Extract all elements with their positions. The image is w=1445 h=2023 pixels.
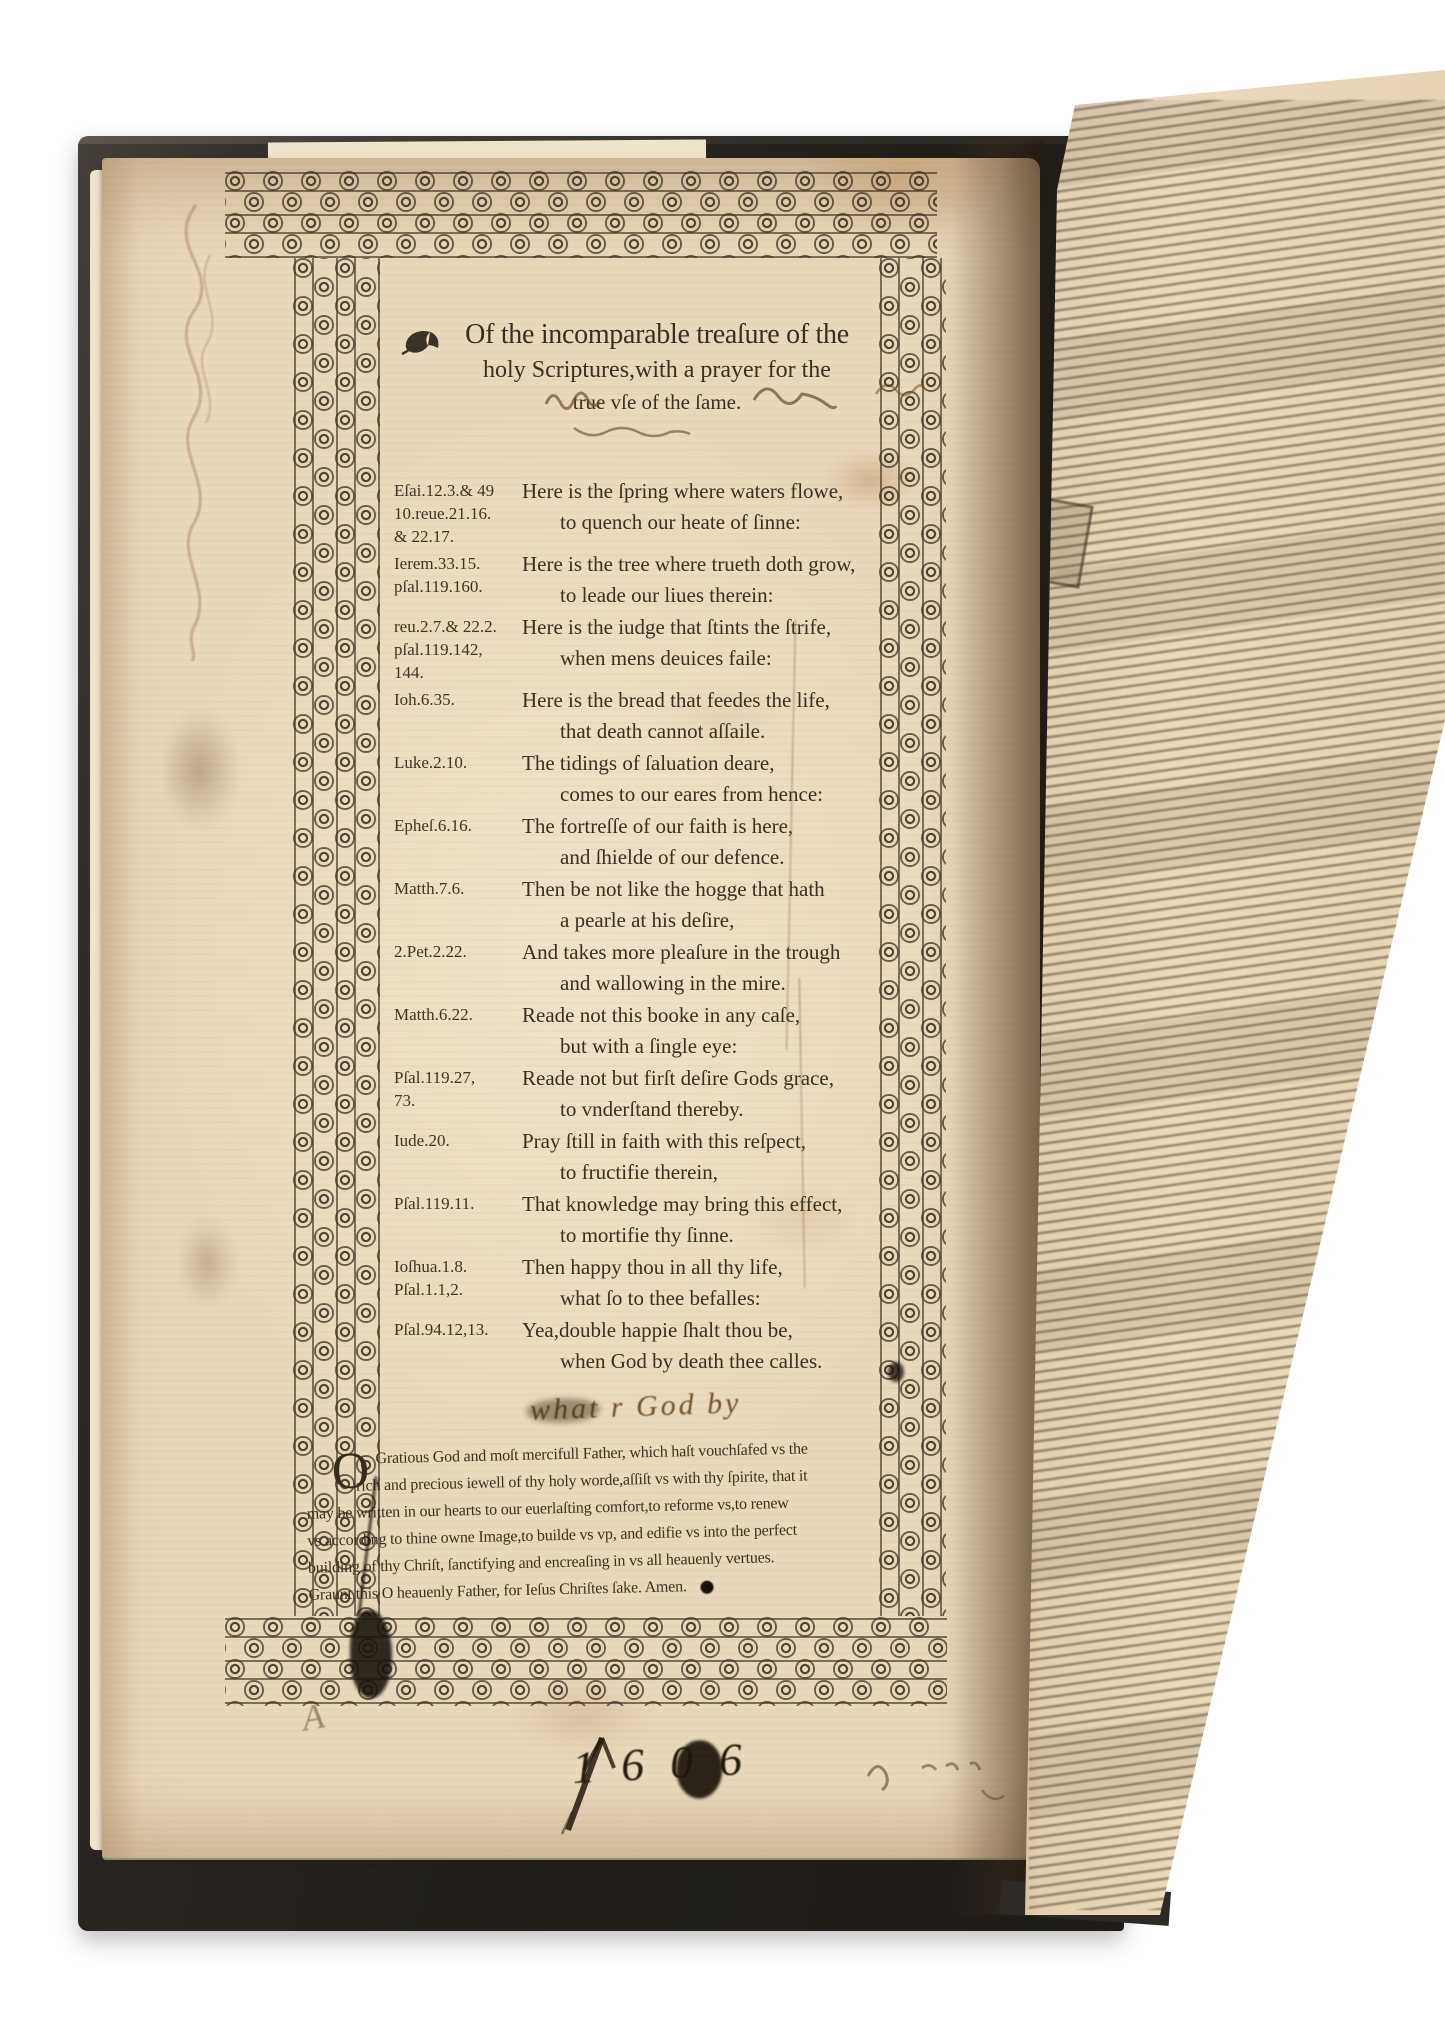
- margin-reference: 144.: [394, 661, 522, 684]
- margin-references: Pſal.94.12,13.: [394, 1315, 522, 1377]
- poem-couplet-lines: Then happy thou in all thy life, what ſo…: [522, 1252, 910, 1314]
- margin-reference: 73.: [394, 1089, 522, 1112]
- poem-line: Here is the tree where trueth doth grow,: [522, 549, 910, 580]
- margin-reference: Epheſ.6.16.: [394, 814, 522, 837]
- poem-couplet-lines: That knowledge may bring this effect, to…: [522, 1189, 910, 1251]
- margin-references: reu.2.7.& 22.2.pſal.119.142,144.: [394, 612, 522, 684]
- handwritten-annotation: what r God by: [529, 1386, 742, 1427]
- poem-line: Reade not but firſt deſire Gods grace,: [522, 1063, 910, 1094]
- margin-reference: Pſal.94.12,13.: [394, 1318, 522, 1341]
- margin-references: Luke.2.10.: [394, 748, 522, 810]
- poem-couplet: Iude.20. Pray ſtill in faith with this r…: [394, 1126, 910, 1188]
- title-line-3: true vſe of the ſame.: [392, 387, 922, 417]
- margin-reference: Pſal.119.11.: [394, 1192, 522, 1215]
- margin-references: Pſal.119.27,73.: [394, 1063, 522, 1125]
- page-title: Of the incomparable treaſure of the holy…: [392, 316, 922, 417]
- ink-blot: [888, 1362, 904, 1382]
- poem-couplet: Eſai.12.3.& 4910.reue.21.16.& 22.17. Her…: [394, 476, 910, 548]
- poem-line: and wallowing in the mire.: [522, 968, 910, 999]
- poem-couplet: Pſal.119.11. That knowledge may bring th…: [394, 1189, 910, 1251]
- left-page: Of the incomparable treaſure of the holy…: [102, 158, 1040, 1858]
- margin-references: Ioſhua.1.8.Pſal.1.1,2.: [394, 1252, 522, 1314]
- book-photograph: Of the incomparable treaſure of the holy…: [0, 0, 1445, 2023]
- poem-couplet-lines: Yea,double happie ſhalt thou be, when Go…: [522, 1315, 910, 1377]
- poem-line: That knowledge may bring this effect,: [522, 1189, 910, 1220]
- margin-references: Pſal.119.11.: [394, 1189, 522, 1251]
- poem-couplet-lines: Reade not but firſt deſire Gods grace, t…: [522, 1063, 910, 1125]
- margin-reference: Ioſhua.1.8.: [394, 1255, 522, 1278]
- prayer: O Gratious God and moſt mercifull Father…: [305, 1433, 909, 1609]
- poem-line: to quench our heate of ſinne:: [522, 507, 910, 538]
- poem-couplet: Pſal.94.12,13. Yea,double happie ſhalt t…: [394, 1315, 910, 1377]
- poem: Eſai.12.3.& 4910.reue.21.16.& 22.17. Her…: [394, 476, 910, 1378]
- margin-reference: pſal.119.142,: [394, 638, 522, 661]
- woodcut-border-left: [292, 258, 380, 1616]
- date-text: 1606: [571, 1732, 769, 1793]
- poem-line: Reade not this booke in any caſe,: [522, 1000, 910, 1031]
- poem-line: what ſo to thee befalles:: [522, 1283, 910, 1314]
- margin-reference: & 22.17.: [394, 525, 522, 548]
- pen-squiggle-icon: [750, 380, 840, 416]
- ink-splotch: [350, 1610, 392, 1698]
- margin-reference: 10.reue.21.16.: [394, 502, 522, 525]
- poem-line: Here is the bread that feedes the life,: [522, 685, 910, 716]
- poem-couplet: Matth.6.22. Reade not this booke in any …: [394, 1000, 910, 1062]
- poem-line: Here is the iudge that ſtints the ſtrife…: [522, 612, 910, 643]
- margin-reference: Luke.2.10.: [394, 751, 522, 774]
- margin-reference: Ioh.6.35.: [394, 688, 522, 711]
- ink-blot: [701, 1580, 714, 1593]
- woodcut-border-top: [225, 170, 937, 258]
- margin-reference: Eſai.12.3.& 49: [394, 479, 522, 502]
- poem-line: And takes more pleaſure in the trough: [522, 937, 910, 968]
- poem-couplet-lines: Here is the ſpring where waters flowe, t…: [522, 476, 910, 548]
- poem-line: Then happy thou in all thy life,: [522, 1252, 910, 1283]
- margin-references: Eſai.12.3.& 4910.reue.21.16.& 22.17.: [394, 476, 522, 548]
- prayer-lines: Gratious God and moſt mercifull Father, …: [305, 1433, 909, 1609]
- pen-underline-squiggle-icon: [572, 420, 692, 444]
- poem-couplet-lines: Reade not this booke in any caſe, but wi…: [522, 1000, 910, 1062]
- poem-line: Here is the ſpring where waters flowe,: [522, 476, 910, 507]
- dense-print-text-block: [1029, 100, 1445, 1910]
- title-line-1: Of the incomparable treaſure of the: [392, 316, 922, 354]
- margin-reference: pſal.119.160.: [394, 575, 522, 598]
- poem-line: that death cannot aſſaile.: [522, 716, 910, 747]
- margin-references: Matth.6.22.: [394, 1000, 522, 1062]
- poem-line: to vnderſtand thereby.: [522, 1094, 910, 1125]
- poem-couplet-lines: Here is the bread that feedes the life, …: [522, 685, 910, 747]
- poem-couplet: Epheſ.6.16. The fortreſſe of our faith i…: [394, 811, 910, 873]
- margin-reference: 2.Pet.2.22.: [394, 940, 522, 963]
- poem-line: and ſhielde of our defence.: [522, 842, 910, 873]
- poem-couplet-lines: Then be not like the hogge that hath a p…: [522, 874, 910, 936]
- poem-couplet: reu.2.7.& 22.2.pſal.119.142,144. Here is…: [394, 612, 910, 684]
- poem-couplet: Pſal.119.27,73. Reade not but firſt deſi…: [394, 1063, 910, 1125]
- margin-reference: Matth.6.22.: [394, 1003, 522, 1026]
- poem-line: comes to our eares from hence:: [522, 779, 910, 810]
- poem-couplet: Matth.7.6. Then be not like the hogge th…: [394, 874, 910, 936]
- margin-references: Ioh.6.35.: [394, 685, 522, 747]
- poem-line: The tidings of ſaluation deare,: [522, 748, 910, 779]
- poem-couplet-lines: The tidings of ſaluation deare, comes to…: [522, 748, 910, 810]
- pen-squiggle-icon: [542, 380, 606, 414]
- right-page: [995, 70, 1445, 1920]
- pen-curl-icon: [872, 376, 928, 406]
- poem-line: a pearle at his deſire,: [522, 905, 910, 936]
- vertical-handwritten-inscription: faint handwritten ownership inscription …: [148, 195, 238, 665]
- poem-couplet: Ioſhua.1.8.Pſal.1.1,2. Then happy thou i…: [394, 1252, 910, 1314]
- poem-line: when mens deuices faile:: [522, 643, 910, 674]
- title-line-2: holy Scriptures,with a prayer for the: [392, 354, 922, 387]
- margin-reference: Pſal.119.27,: [394, 1066, 522, 1089]
- poem-line: but with a ſingle eye:: [522, 1031, 910, 1062]
- poem-line: to fructifie therein,: [522, 1157, 910, 1188]
- margin-references: Iude.20.: [394, 1126, 522, 1188]
- handwritten-date: 1606: [571, 1731, 770, 1794]
- margin-reference: Pſal.1.1,2.: [394, 1278, 522, 1301]
- poem-line: Then be not like the hogge that hath: [522, 874, 910, 905]
- margin-reference: Matth.7.6.: [394, 877, 522, 900]
- ink-blob: [675, 1739, 724, 1799]
- poem-couplet-lines: And takes more pleaſure in the trough an…: [522, 937, 910, 999]
- poem-couplet-lines: The fortreſſe of our faith is here, and …: [522, 811, 910, 873]
- poem-couplet: Ierem.33.15.pſal.119.160. Here is the tr…: [394, 549, 910, 611]
- margin-references: 2.Pet.2.22.: [394, 937, 522, 999]
- margin-reference: reu.2.7.& 22.2.: [394, 615, 522, 638]
- margin-references: Matth.7.6.: [394, 874, 522, 936]
- woodcut-border-bottom: [225, 1616, 947, 1706]
- margin-reference: Iude.20.: [394, 1129, 522, 1152]
- poem-couplet: Ioh.6.35. Here is the bread that feedes …: [394, 685, 910, 747]
- margin-reference: Ierem.33.15.: [394, 552, 522, 575]
- margin-references: Ierem.33.15.pſal.119.160.: [394, 549, 522, 611]
- poem-line: to mortifie thy ſinne.: [522, 1220, 910, 1251]
- poem-line: Yea,double happie ſhalt thou be,: [522, 1315, 910, 1346]
- poem-line: The fortreſſe of our faith is here,: [522, 811, 910, 842]
- poem-couplet: Luke.2.10. The tidings of ſaluation dear…: [394, 748, 910, 810]
- poem-couplet-lines: Pray ſtill in faith with this reſpect, t…: [522, 1126, 910, 1188]
- poem-line: when God by death thee calles.: [522, 1346, 910, 1377]
- drop-cap-initial: O: [331, 1445, 370, 1498]
- poem-couplet-lines: Here is the tree where trueth doth grow,…: [522, 549, 910, 611]
- poem-line: to leade our liues therein:: [522, 580, 910, 611]
- poem-couplet: 2.Pet.2.22. And takes more pleaſure in t…: [394, 937, 910, 999]
- poem-line: Pray ſtill in faith with this reſpect,: [522, 1126, 910, 1157]
- poem-couplet-lines: Here is the iudge that ſtints the ſtrife…: [522, 612, 910, 684]
- margin-references: Epheſ.6.16.: [394, 811, 522, 873]
